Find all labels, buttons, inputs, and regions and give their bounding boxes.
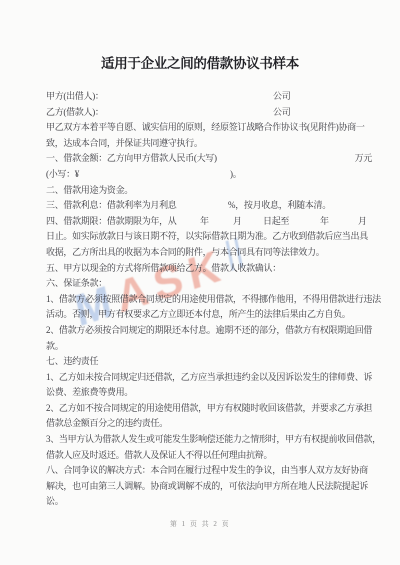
guarantee-item-1-line-1: 1、借款方必须按照借款合同规定的用途使用借款，不得挪作他用，不得用借款进行违法 xyxy=(46,292,374,308)
clause-loan-amount: 一、借款金额：乙方向甲方借款人民币(大写) 万元 xyxy=(46,151,374,167)
breach-item-2-line-1: 2、乙方如不按合同规定的用途使用借款，甲方有权随时收回该借款，并要求乙方承担 xyxy=(46,401,374,417)
loan-amount-numeric-close: )。 xyxy=(230,167,241,183)
guarantee-item-1-line-2: 活动。否则，甲方有权要求乙方立即还本付息，所产生的法律后果由乙方自负。 xyxy=(46,307,374,323)
clause-loan-term-cont-2: 收据，乙方所出具的收据为本合同的附件，与本合同具有同等法律效力。 xyxy=(46,245,374,261)
breach-item-2-line-2: 借款总金额百分之的违约责任。 xyxy=(46,416,374,432)
clause-loan-amount-text: 一、借款金额：乙方向甲方借款人民币(大写) xyxy=(46,153,217,163)
document-title: 适用于企业之间的借款协议书样本 xyxy=(0,52,400,72)
clause-breach-heading: 七、违约责任 xyxy=(46,354,374,370)
clause-dispute-line-1: 八、合同争议的解决方式：本合同在履行过程中发生的争议，由当事人双方友好协商 xyxy=(46,463,374,479)
party-b-label: 乙方(借款人)： xyxy=(46,107,104,117)
breach-item-1-line-2: 讼费、差旅费等费用。 xyxy=(46,385,374,401)
loan-amount-numeric: (小写：¥ )。 xyxy=(46,167,374,183)
preamble-line-2: 致，达成本合同，并保证共同遵守执行。 xyxy=(46,136,374,152)
contract-page: MASK 适用于企业之间的借款协议书样本 甲方(出借人)： 公司 乙方(借款人)… xyxy=(0,0,400,565)
term-year-2: 年 xyxy=(320,214,329,230)
term-month-2: 月 xyxy=(358,214,367,230)
interest-rate-tail: %，按月收息，利随本清。 xyxy=(228,198,331,214)
term-year-1: 年 xyxy=(200,214,209,230)
breach-item-3-line-2: 借款人应及时返还。借款人及保证人不得以任何理由抗辩。 xyxy=(46,448,374,464)
party-a-company: 公司 xyxy=(273,89,290,105)
loan-amount-unit: 万元 xyxy=(355,151,372,167)
clause-loan-purpose: 二、借款用途为资金。 xyxy=(46,183,374,199)
breach-item-3-line-1: 3、当甲方认为借款人发生或可能发生影响偿还能力之情形时，甲方有权提前收回借款， xyxy=(46,432,374,448)
document-body: 甲方(出借人)： 公司 乙方(借款人)： 公司 甲乙双方本着平等自愿、诚实信用的… xyxy=(46,89,374,510)
term-month-1: 月 xyxy=(233,214,242,230)
clause-loan-interest-text: 三、借款利息：借款利率为月利息 xyxy=(46,200,177,210)
clause-guarantee-heading: 六、保证条款： xyxy=(46,276,374,292)
loan-amount-numeric-open: (小写：¥ xyxy=(46,169,79,179)
clause-loan-interest: 三、借款利息：借款利率为月利息 %，按月收息，利随本清。 xyxy=(46,198,374,214)
guarantee-item-2-line-1: 2、借款方必须按合同规定的期限还本付息。逾期不还的部分，借款方有权限期追回借 xyxy=(46,323,374,339)
clause-loan-term-text: 四、借款期限：借款期限为年，从 xyxy=(46,216,177,226)
party-a-row: 甲方(出借人)： 公司 xyxy=(46,89,374,105)
clause-dispute-line-3: 讼。 xyxy=(46,494,374,510)
page-number-footer: 第 1 页 共 2 页 xyxy=(0,519,400,529)
party-a-label: 甲方(出借人)： xyxy=(46,91,104,101)
breach-item-1-line-1: 1、乙方如未按合同规定归还借款，乙方应当承担违约金以及因诉讼发生的律师费、诉 xyxy=(46,370,374,386)
party-b-row: 乙方(借款人)： 公司 xyxy=(46,105,374,121)
term-day-from-to: 日起至 xyxy=(263,214,289,230)
guarantee-item-2-line-2: 款。 xyxy=(46,339,374,355)
preamble-line-1: 甲乙双方本着平等自愿、诚实信用的原则，经原签订战略合作协议书(见附件)协商一 xyxy=(46,120,374,136)
clause-payment-method: 五、甲方以现金的方式将所借款项给乙方。借款人收款确认： xyxy=(46,261,374,277)
party-b-company: 公司 xyxy=(273,105,290,121)
clause-loan-term: 四、借款期限：借款期限为年，从 年 月 日起至 年 月 xyxy=(46,214,374,230)
clause-dispute-line-2: 解决，也可由第三人调解。协商或调解不成的，可依法向甲方所在地人民法院提起诉 xyxy=(46,479,374,495)
clause-loan-term-cont-1: 日止。如实际放款日与该日期不符，以实际借款日期为准。乙方收到借款后应当出具 xyxy=(46,229,374,245)
